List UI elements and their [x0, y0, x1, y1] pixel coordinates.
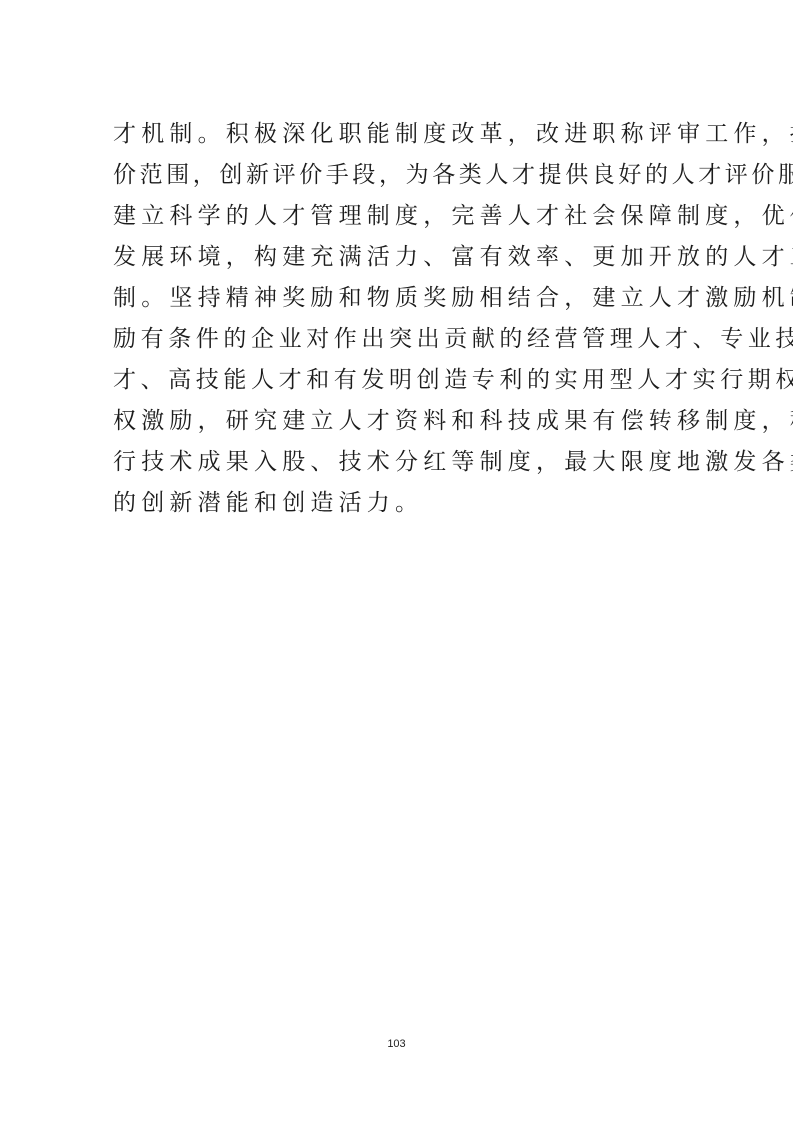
text-line: 发展环境，构建充满活力、富有效率、更加开放的人才工作机 — [113, 237, 693, 278]
text-line: 才机制。积极深化职能制度改革，改进职称评审工作，拓宽评 — [113, 114, 693, 155]
text-line: 励有条件的企业对作出突出贡献的经营管理人才、专业技术人 — [113, 319, 693, 360]
document-page: 才机制。积极深化职能制度改革，改进职称评审工作，拓宽评 价范围，创新评价手段，为… — [0, 0, 793, 1122]
text-line: 的创新潜能和创造活力。 — [113, 483, 693, 524]
text-line: 权激励，研究建立人才资料和科技成果有偿转移制度，积极推 — [113, 401, 693, 442]
text-line: 建立科学的人才管理制度，完善人才社会保障制度，优化人才 — [113, 196, 693, 237]
page-number: 103 — [0, 1038, 793, 1050]
text-line: 价范围，创新评价手段，为各类人才提供良好的人才评价服务。 — [113, 155, 693, 196]
text-line: 制。坚持精神奖励和物质奖励相结合，建立人才激励机制，鼓 — [113, 278, 693, 319]
text-line: 才、高技能人才和有发明创造专利的实用型人才实行期权、股 — [113, 360, 693, 401]
text-line: 行技术成果入股、技术分红等制度，最大限度地激发各类人才 — [113, 442, 693, 483]
body-paragraph: 才机制。积极深化职能制度改革，改进职称评审工作，拓宽评 价范围，创新评价手段，为… — [113, 114, 693, 524]
